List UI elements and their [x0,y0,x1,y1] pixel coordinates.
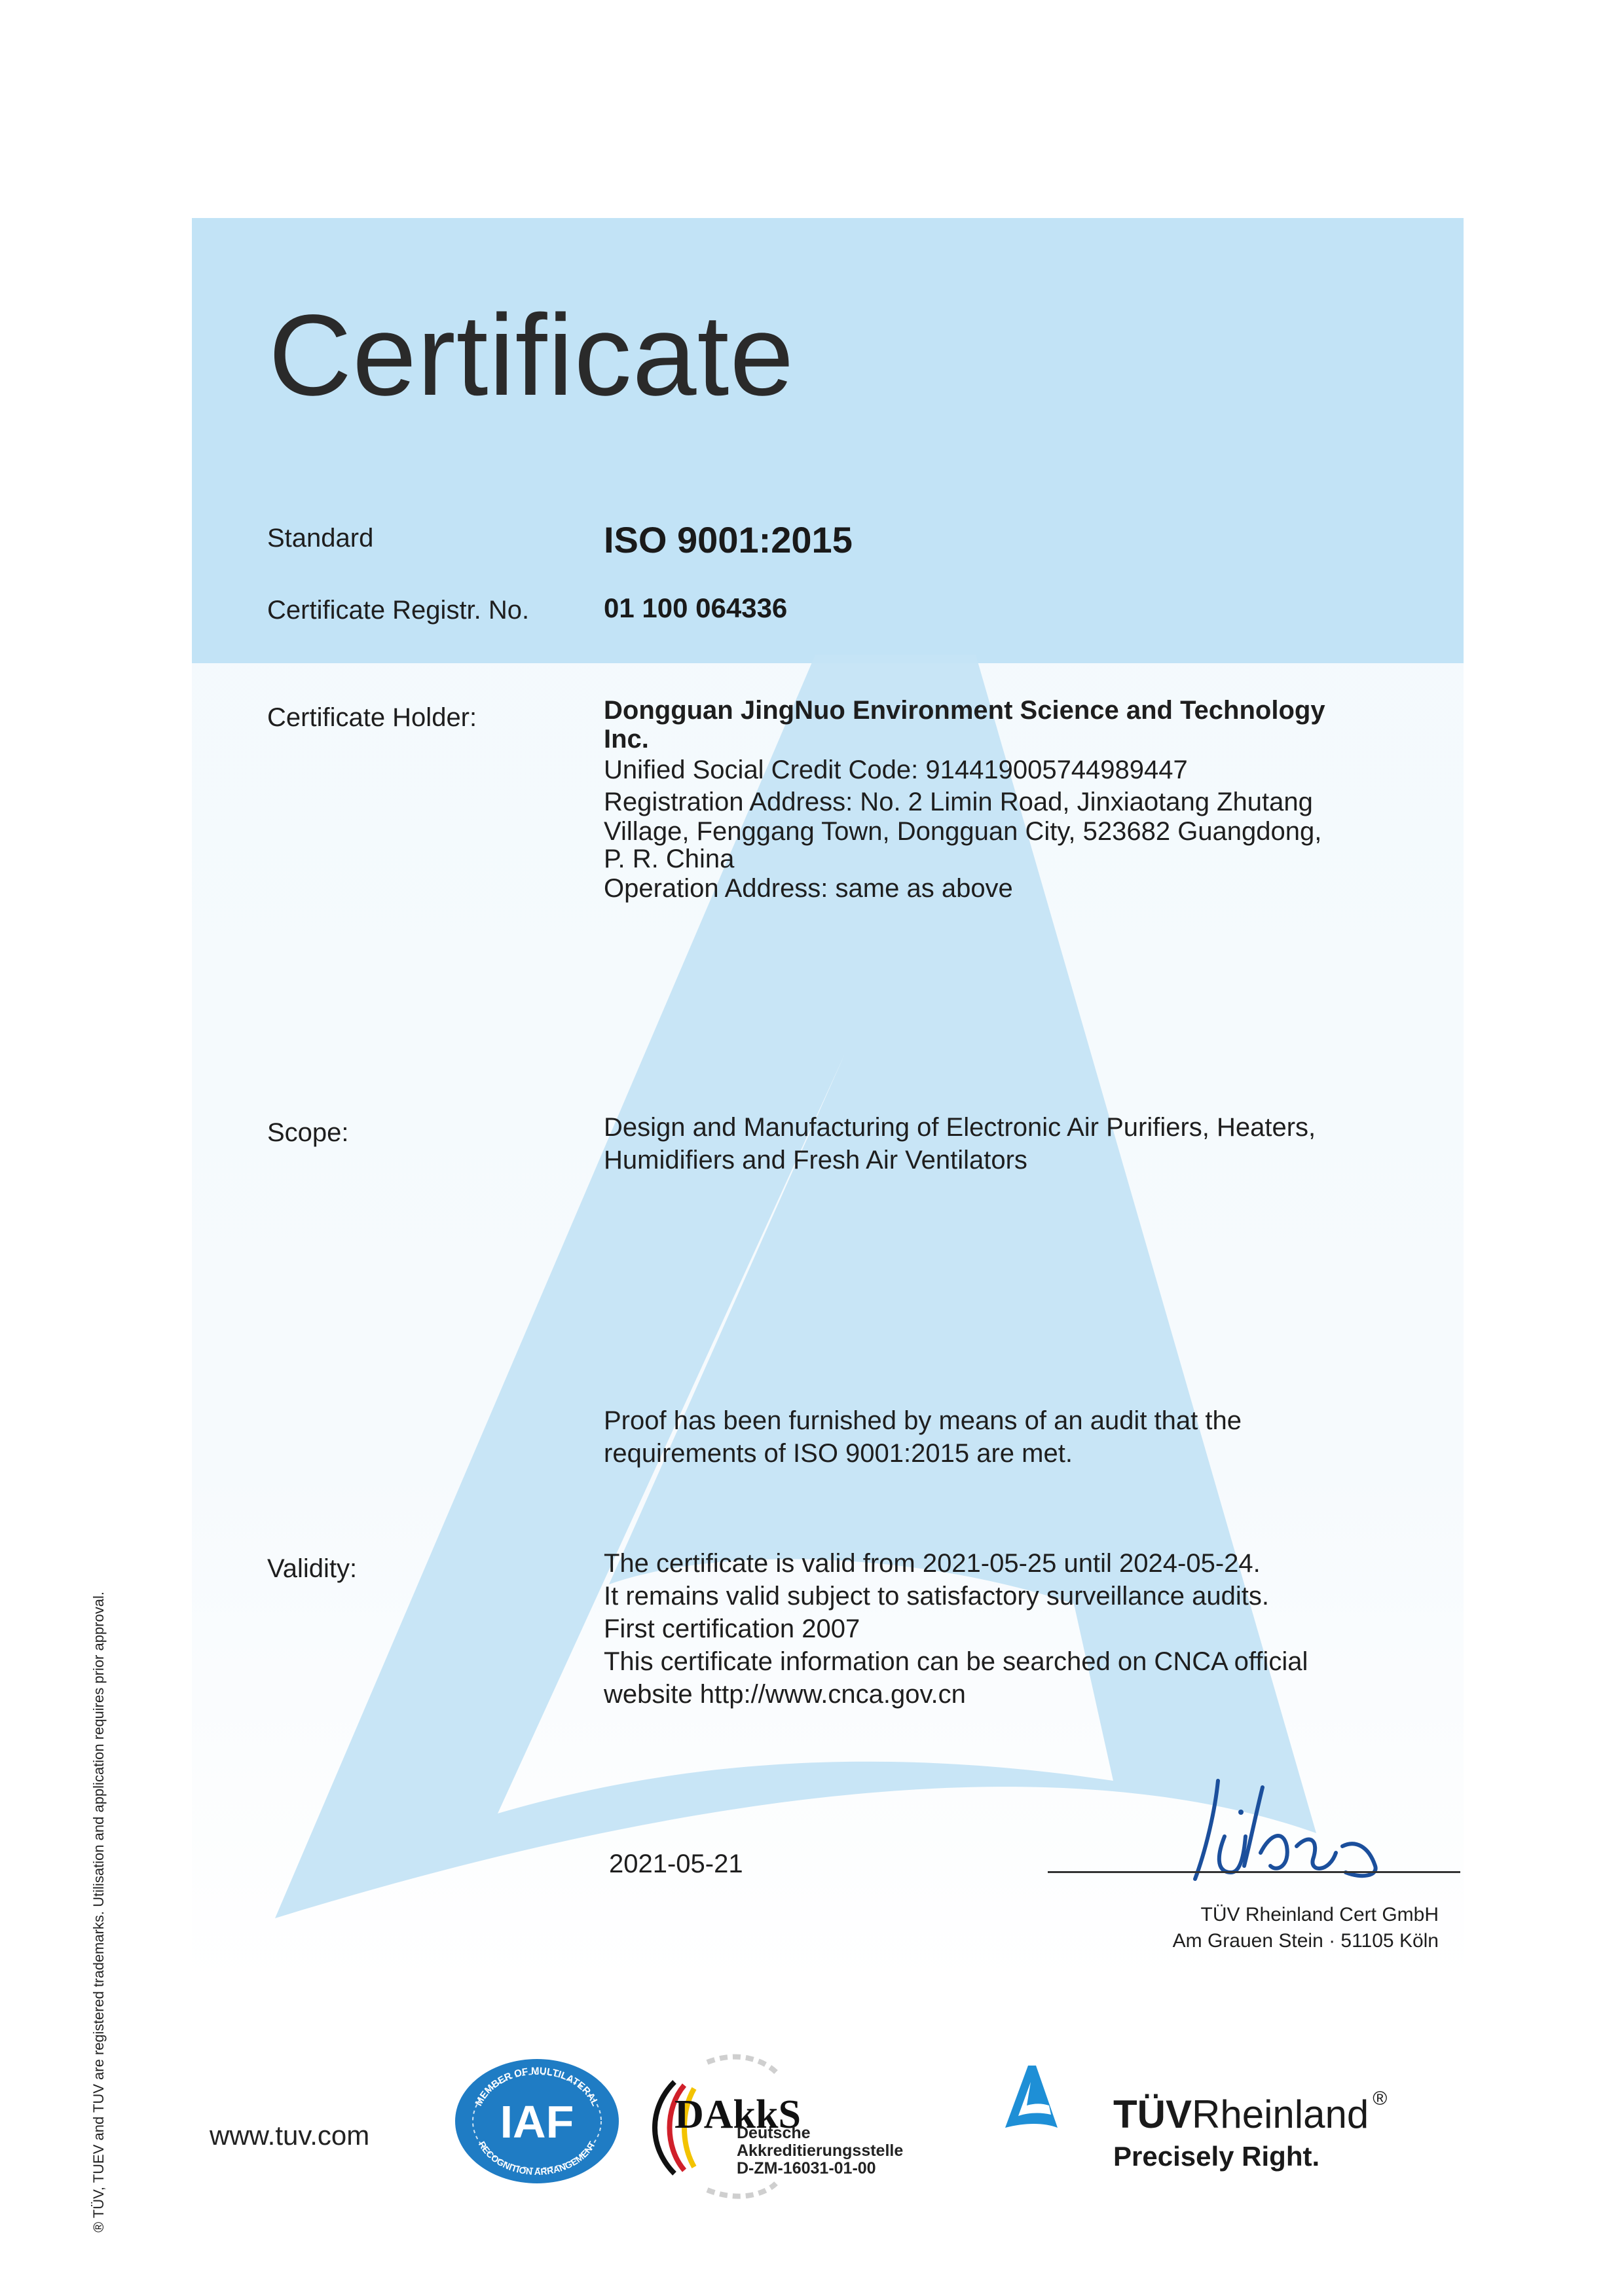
dakks-line: Akkreditierungsstelle [737,2142,903,2160]
issuer-address: Am Grauen Stein · 51105 Köln [1173,1928,1439,1954]
registration-label: Certificate Registr. No. [267,594,529,626]
signature-icon [1179,1774,1388,1886]
cnca-website-line: website http://www.cnca.gov.cn [604,1678,1422,1711]
dakks-accreditation-number: D-ZM-16031-01-00 [737,2160,903,2178]
proof-line: requirements of ISO 9001:2015 are met. [604,1437,1422,1470]
signature-line [1048,1871,1460,1873]
registered-mark: ® [1373,2088,1387,2109]
registration-address-line: P. R. China [604,845,1422,873]
issue-date: 2021-05-21 [609,1850,743,1879]
iaf-logo-icon: IAF MEMBER OF MULTILATERAL RECOGNITION A… [452,2056,622,2187]
website-link[interactable]: www.tuv.com [210,2120,369,2151]
operation-address: Operation Address: same as above [604,873,1422,904]
dakks-subtitle: Deutsche Akkreditierungsstelle D-ZM-1603… [737,2124,903,2178]
validity-line: The certificate is valid from 2021-05-25… [604,1547,1422,1580]
tuv-brand-regular: Rheinland [1192,2092,1369,2136]
holder-name-line: Dongguan JingNuo Environment Science and… [604,696,1422,725]
standard-value: ISO 9001:2015 [604,519,853,561]
trademark-note: ® TÜV, TUEV and TUV are registered trade… [90,1592,107,2232]
credit-code: Unified Social Credit Code: 914419005744… [604,754,1422,786]
iaf-text: IAF [500,2096,574,2147]
scope-label: Scope: [267,1117,349,1148]
holder-details: Dongguan JingNuo Environment Science and… [604,696,1422,904]
holder-name-line: Inc. [604,725,1422,754]
validity-line: It remains valid subject to satisfactory… [604,1580,1422,1613]
tuv-triangle-logo-icon [1002,2062,1074,2128]
tuv-brand-name: TÜVRheinland® [1113,2092,1387,2137]
scope-text: Design and Manufacturing of Electronic A… [604,1111,1422,1176]
certificate-title: Certificate [268,298,794,413]
standard-label: Standard [267,522,373,554]
issuer-name: TÜV Rheinland Cert GmbH [1173,1902,1439,1928]
validity-line: This certificate information can be sear… [604,1645,1422,1678]
tuv-brand-bold: TÜV [1113,2092,1192,2136]
tuv-tagline: Precisely Right. [1113,2141,1319,2172]
scope-line: Design and Manufacturing of Electronic A… [604,1111,1422,1144]
registration-number: 01 100 064336 [604,592,787,624]
registration-address-line: Village, Fenggang Town, Dongguan City, 5… [604,818,1422,845]
issuer-block: TÜV Rheinland Cert GmbH Am Grauen Stein … [1173,1902,1439,1954]
validity-label: Validity: [267,1553,357,1584]
proof-line: Proof has been furnished by means of an … [604,1404,1422,1437]
holder-label: Certificate Holder: [267,702,477,733]
validity-line: First certification 2007 [604,1613,1422,1645]
proof-statement: Proof has been furnished by means of an … [604,1404,1422,1470]
validity-text: The certificate is valid from 2021-05-25… [604,1547,1422,1711]
scope-line: Humidifiers and Fresh Air Ventilators [604,1144,1422,1176]
dakks-line: Deutsche [737,2124,903,2142]
registration-address-line: Registration Address: No. 2 Limin Road, … [604,786,1422,818]
